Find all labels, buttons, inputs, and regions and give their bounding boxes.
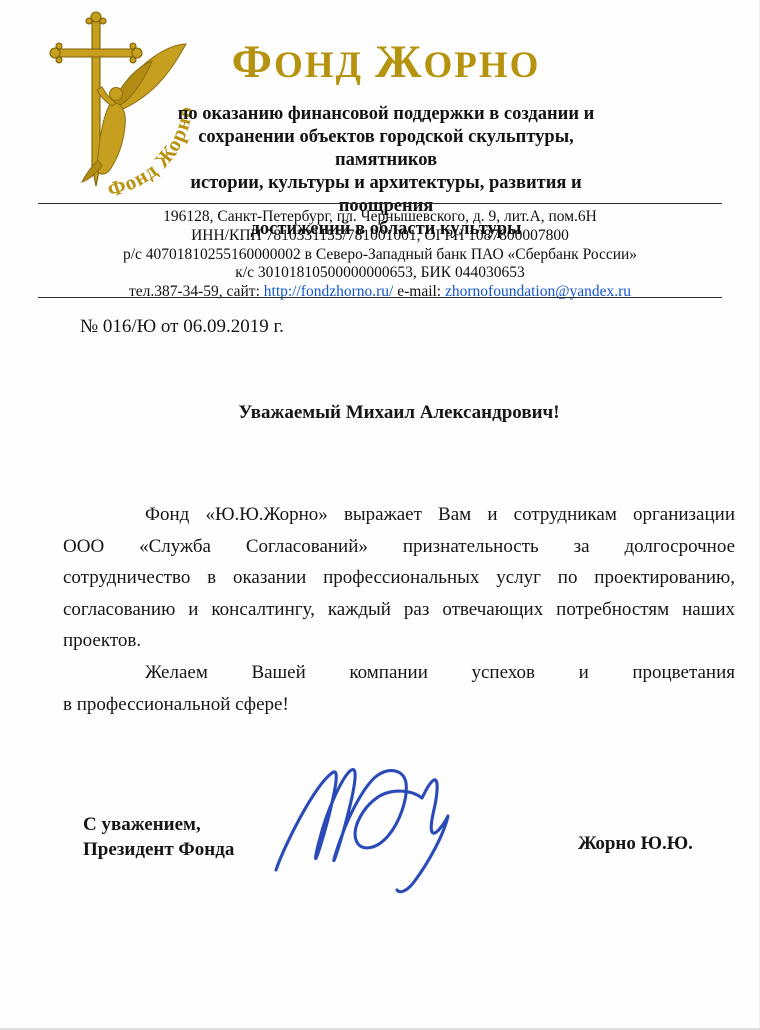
org-title-rest-1: ОНД: [274, 45, 363, 86]
body-line: сотрудничество в оказании профессиональн…: [63, 562, 735, 594]
body-line: Фонд «Ю.Ю.Жорно» выражает Вам и сотрудни…: [63, 499, 735, 531]
salutation: Уважаемый Михаил Александрович!: [63, 402, 735, 424]
letter-body: Фонд «Ю.Ю.Жорно» выражает Вам и сотрудни…: [63, 499, 735, 720]
letter-page: Фонд Жорно ФОНДЖОРНО по оказанию финансо…: [0, 0, 760, 1030]
contact-block: 196128, Санкт-Петербург, пл. Чернышевско…: [0, 208, 760, 302]
org-title-initial-1: Ф: [232, 36, 274, 88]
body-line: проектов.: [63, 625, 735, 657]
contact-inn-ogrn: ИНН/КПП 7810331155/781001001, ОГРН 10878…: [0, 227, 760, 246]
body-line: в профессиональной сфере!: [63, 689, 735, 721]
body-line: ООО «Служба Согласований» признательност…: [63, 531, 735, 563]
body-line: Желаем Вашей компании успехов и процвета…: [63, 657, 735, 689]
org-title: ФОНДЖОРНО: [163, 40, 609, 95]
closing-title: Президент Фонда: [83, 837, 234, 862]
signer-name: Жорно Ю.Ю.: [578, 833, 693, 855]
contact-phone-links: тел.387-34-59, сайт: http://fondzhorno.r…: [0, 283, 760, 302]
contact-corr-account: к/с 30101810500000000653, БИК 044030653: [0, 264, 760, 283]
signature-closing: С уважением, Президент Фонда: [83, 812, 234, 862]
org-subtitle-line: сохранении объектов городской скульптуры…: [163, 126, 609, 172]
handwritten-signature: [252, 748, 484, 928]
divider-bottom: [38, 297, 722, 298]
reference-number: № 016/Ю от 06.09.2019 г.: [80, 316, 284, 338]
contact-account: р/с 40701810255160000002 в Северо-Западн…: [0, 246, 760, 265]
org-subtitle-line: по оказанию финансовой поддержки в созда…: [163, 103, 609, 126]
divider-top: [38, 203, 722, 204]
contact-address: 196128, Санкт-Петербург, пл. Чернышевско…: [0, 208, 760, 227]
body-line: согласованию и консалтингу, каждый раз о…: [63, 594, 735, 626]
closing-regards: С уважением,: [83, 812, 234, 837]
org-title-rest-2: ОРНО: [423, 45, 540, 86]
org-title-initial-2: Ж: [375, 36, 423, 88]
